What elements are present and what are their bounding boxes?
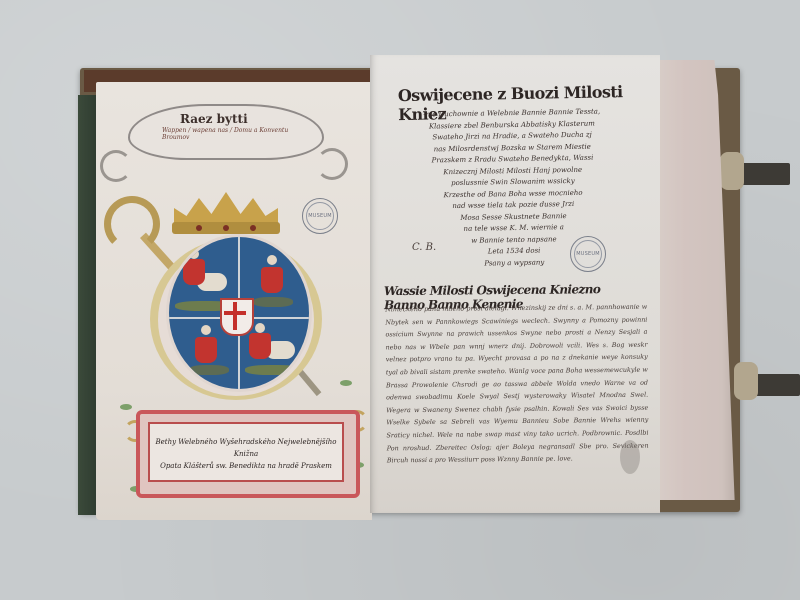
ground-icon bbox=[253, 297, 293, 307]
figure-head-icon bbox=[267, 255, 277, 265]
leaf-ornament-icon bbox=[340, 380, 352, 386]
cartouche-line-2: Opata Klášterů sw. Benedikta na hradě Pr… bbox=[154, 460, 338, 472]
knight-icon bbox=[249, 333, 271, 359]
scroll-curl-left-icon bbox=[100, 150, 132, 182]
museum-stamp-left: MUSEUM bbox=[302, 198, 338, 234]
cross-icon-bar bbox=[224, 311, 246, 315]
clasp-top bbox=[720, 152, 744, 190]
standing-figure-icon bbox=[261, 267, 283, 293]
knight-icon bbox=[183, 259, 205, 285]
banner-title: Raez bytti bbox=[180, 112, 248, 126]
inescutcheon bbox=[220, 298, 254, 336]
body-paragraph: Nimeckého pánu mileho prosi dielagi. Wne… bbox=[385, 301, 649, 467]
knight-head-icon bbox=[189, 249, 199, 259]
crown-gem-icon bbox=[250, 225, 256, 231]
crown-gem-icon bbox=[223, 225, 229, 231]
clasp-strap-top bbox=[738, 163, 790, 185]
scroll-curl-right-icon bbox=[316, 148, 348, 180]
margin-note: C. B. bbox=[412, 242, 436, 253]
ground-icon bbox=[245, 365, 301, 375]
banner-subtitle: Wappen / wapena nas / Domu a Konventu Br… bbox=[162, 127, 312, 141]
water-stain bbox=[620, 440, 640, 474]
figure-head-icon bbox=[201, 325, 211, 335]
crown-gem-icon bbox=[196, 225, 202, 231]
cross-icon bbox=[233, 302, 237, 330]
museum-stamp-right: MUSEUM bbox=[570, 236, 606, 272]
crozier-head-icon bbox=[104, 196, 160, 252]
ground-icon bbox=[189, 365, 229, 375]
clasp-bottom bbox=[734, 362, 758, 400]
cartouche-line-1: Bethy Welebného Wyšehradského Nejwelebně… bbox=[154, 436, 338, 460]
leaf-ornament-icon bbox=[120, 404, 132, 410]
standing-figure-icon bbox=[195, 337, 217, 363]
knight-head-icon bbox=[255, 323, 265, 333]
cartouche-inscription: Bethy Welebného Wyšehradského Nejwelebně… bbox=[154, 436, 338, 472]
